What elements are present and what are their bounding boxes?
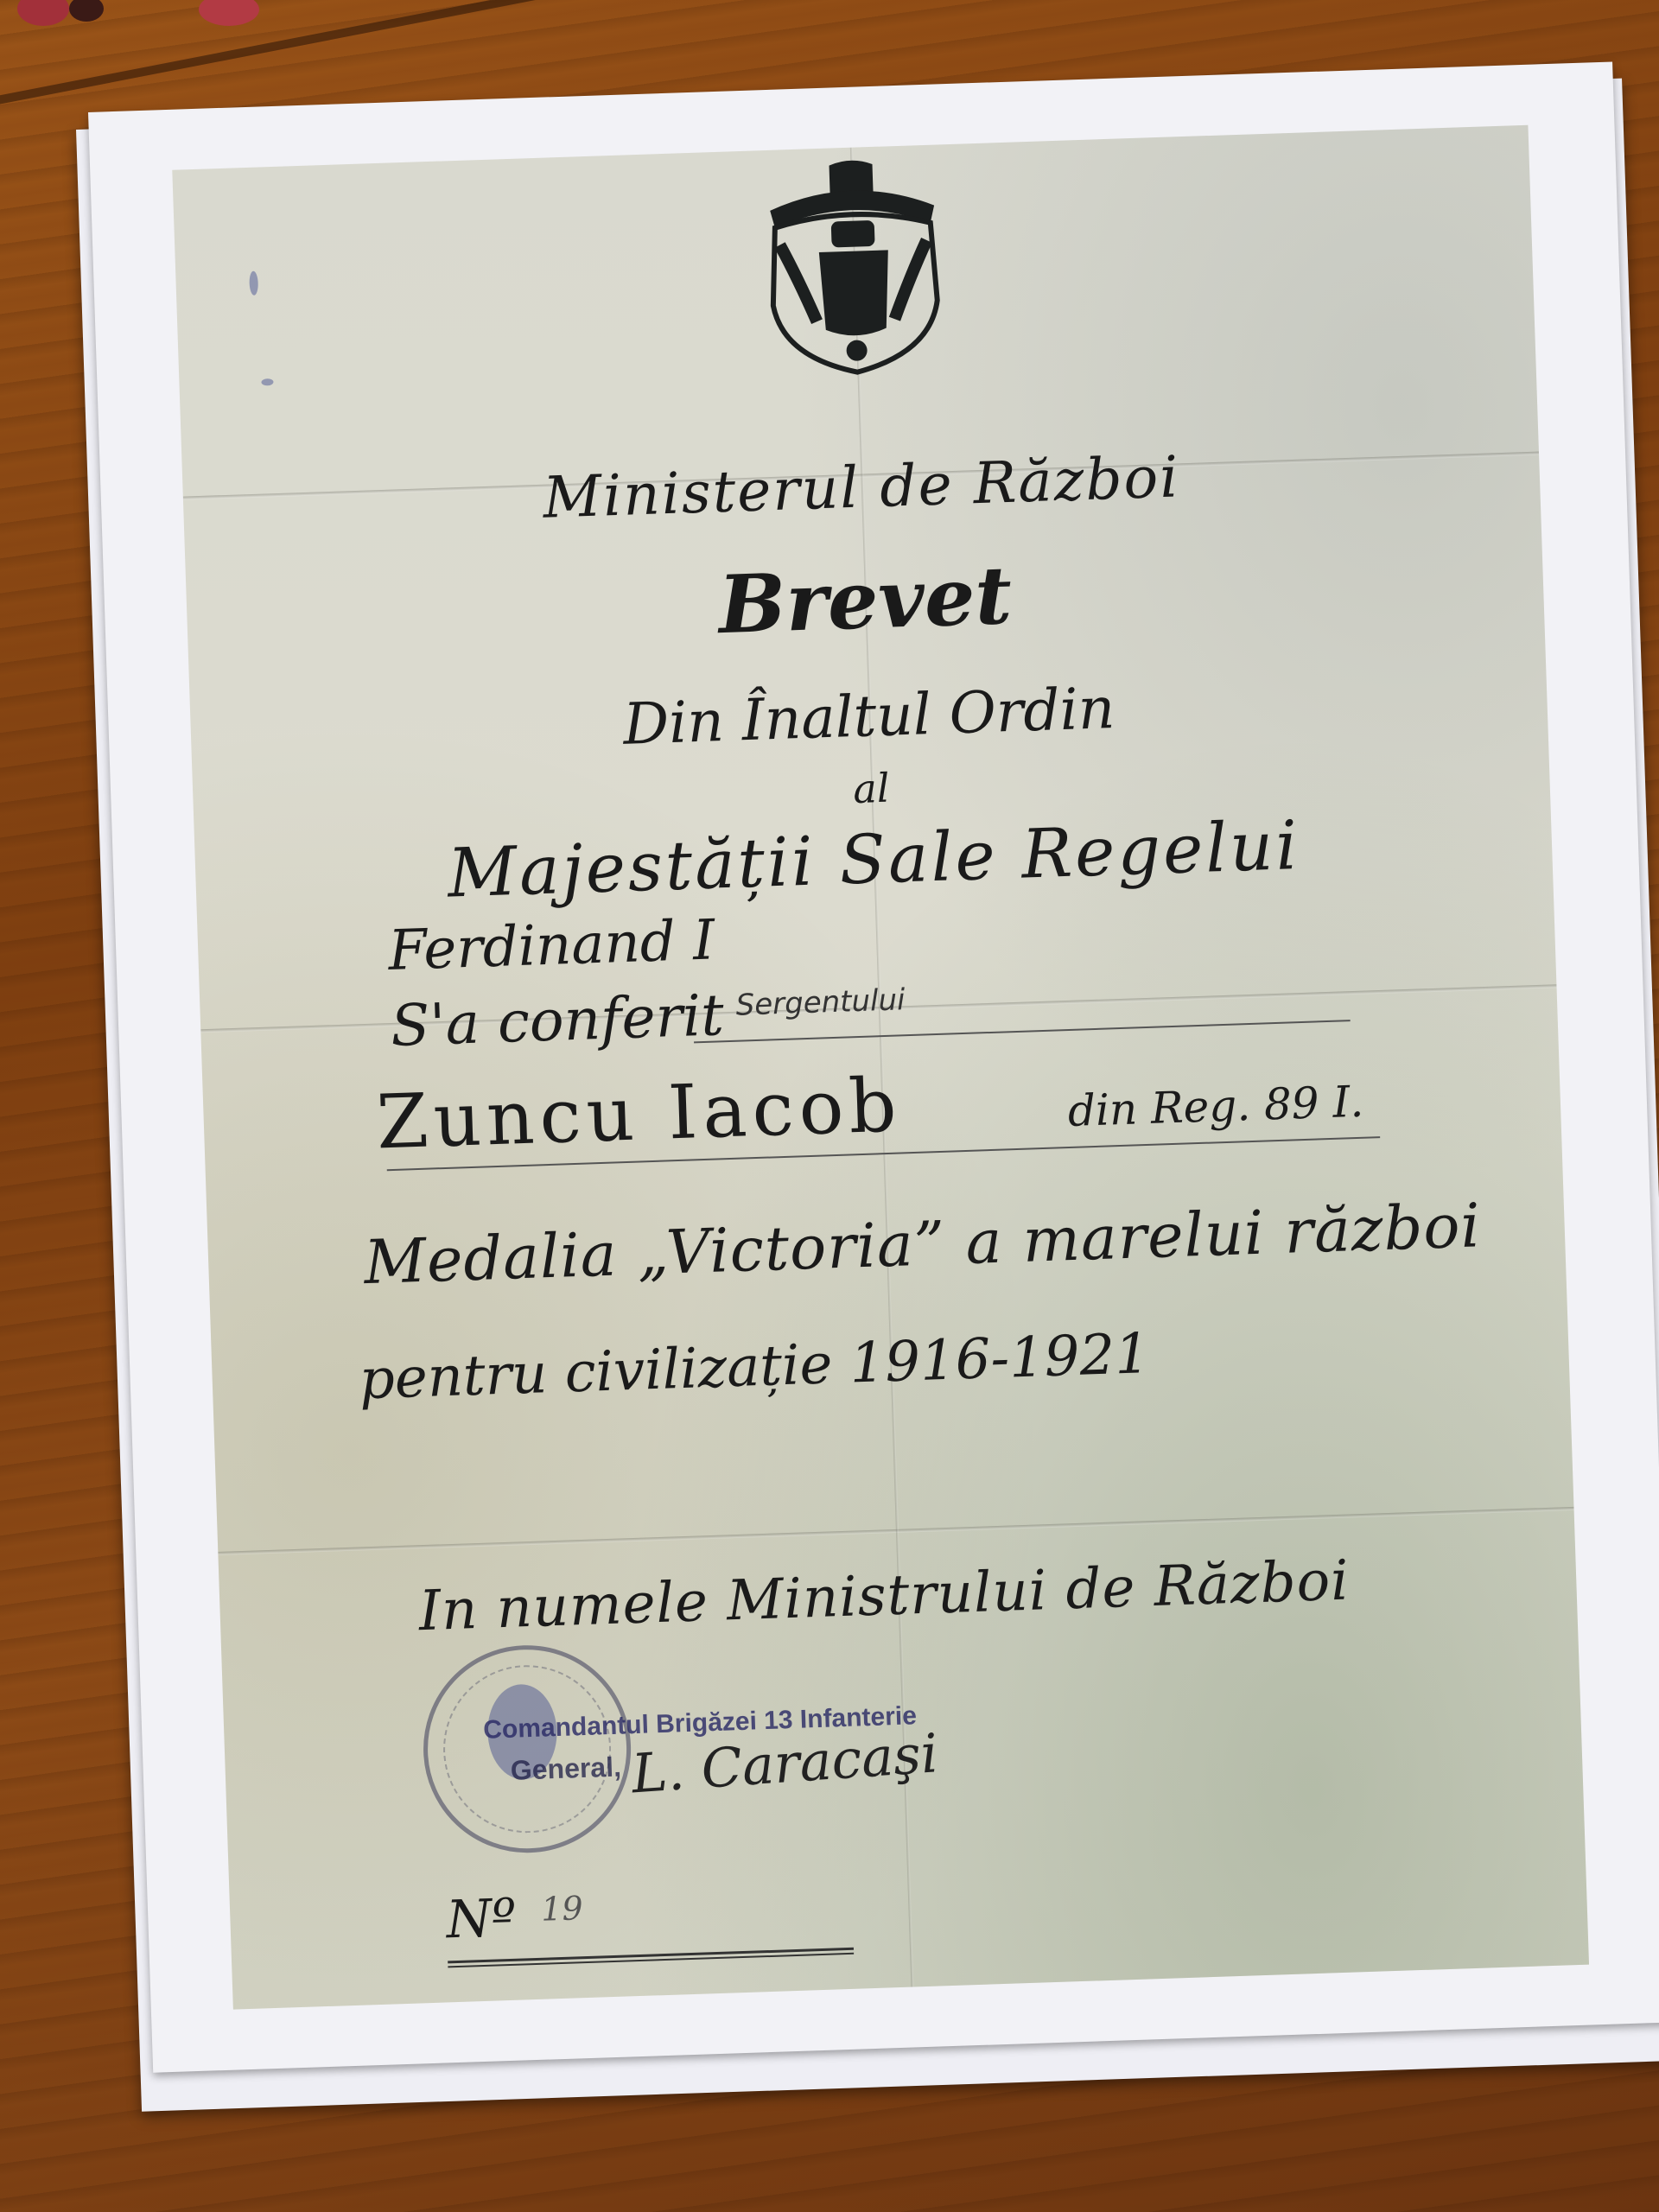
- number-label: Nº: [445, 1888, 517, 1951]
- certificate-document: Ministerul de Război Brevet Din Înaltul …: [172, 125, 1589, 2010]
- ink-spot: [249, 271, 258, 296]
- recipient-unit-field: din Reg. 89 I.: [1067, 1077, 1364, 1136]
- month-label: luna: [575, 1995, 668, 2010]
- ink-spot: [261, 378, 273, 385]
- issue-date-row: anul 1925 luna XII ziua 1: [372, 1981, 1082, 2009]
- king-name: Ferdinand I: [387, 909, 715, 983]
- printout-sheet: Ministerul de Război Brevet Din Înaltul …: [88, 61, 1659, 2072]
- medal-name-line: Medalia „Victoria” a marelui război: [363, 1190, 1482, 1298]
- certificate-number-row: Nº 19: [445, 1877, 853, 1960]
- medal-subtitle-line: pentru civilizație 1916-1921: [359, 1322, 1151, 1412]
- conferred-rank-field: Sergentului: [735, 982, 906, 1022]
- stamp-rank-text: General,: [510, 1751, 621, 1787]
- red-yarn-decoration: [0, 0, 285, 43]
- day-label: ziua: [872, 1986, 960, 2010]
- month-field: XII: [738, 1988, 772, 2010]
- authority-line: In numele Ministrului de Război: [418, 1549, 1351, 1644]
- conferred-label: S'a conferit: [390, 982, 725, 1059]
- day-field: 1: [980, 1980, 997, 2009]
- official-seal-stamp: [420, 1642, 634, 1856]
- recipient-name-field: Zuncu Iacob: [375, 1062, 903, 1166]
- coat-of-arms-icon: [742, 153, 965, 385]
- fill-line: [694, 1020, 1351, 1043]
- year-field: 1925: [484, 1995, 550, 2009]
- year-label: anul: [372, 2002, 465, 2010]
- number-field: 19: [541, 1889, 584, 1929]
